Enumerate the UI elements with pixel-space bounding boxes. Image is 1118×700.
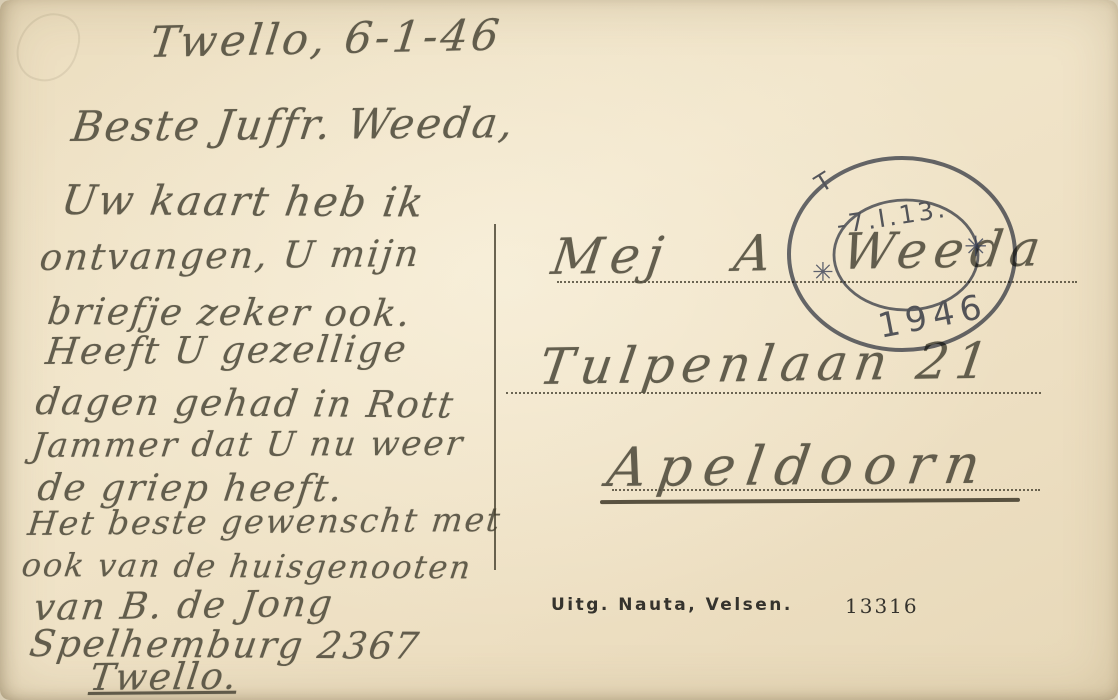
publisher-imprint: Uitg. Nauta, Velsen. <box>551 595 793 615</box>
message-line: Jammer dat U nu weer <box>30 424 467 466</box>
message-line: Het beste gewenscht met <box>26 500 504 543</box>
address-divider-line <box>494 224 496 570</box>
postmark-star-right-icon: ✳ <box>964 230 987 263</box>
message-line: Uw kaart heb ik <box>58 176 428 227</box>
message-line: ook van de huisgenooten <box>20 546 475 586</box>
message-line: Beste Juffr. Weeda, <box>69 98 518 151</box>
card-number: 13316 <box>845 594 919 618</box>
postcard-back: Twello, 6-1-46 Beste Juffr. Weeda, Uw ka… <box>0 0 1118 700</box>
address-city: Apeldoorn <box>603 433 995 499</box>
message-line: Heeft U gezellige <box>44 327 411 373</box>
pencil-smudge <box>10 5 86 88</box>
postmark-stamp: T -7.I.13. 1946 <box>780 138 1035 373</box>
apeldoorn-underline <box>600 498 1020 504</box>
handwritten-date: Twello, 6-1-46 <box>147 11 505 68</box>
message-line: ontvangen, U mijn <box>38 232 423 279</box>
postmark-star-left-icon: ✳ <box>812 258 834 288</box>
message-signoff-place: Twello. <box>87 655 241 699</box>
postmark-year: 1946 <box>875 286 991 346</box>
message-line: dagen gehad in Rott <box>33 380 457 427</box>
